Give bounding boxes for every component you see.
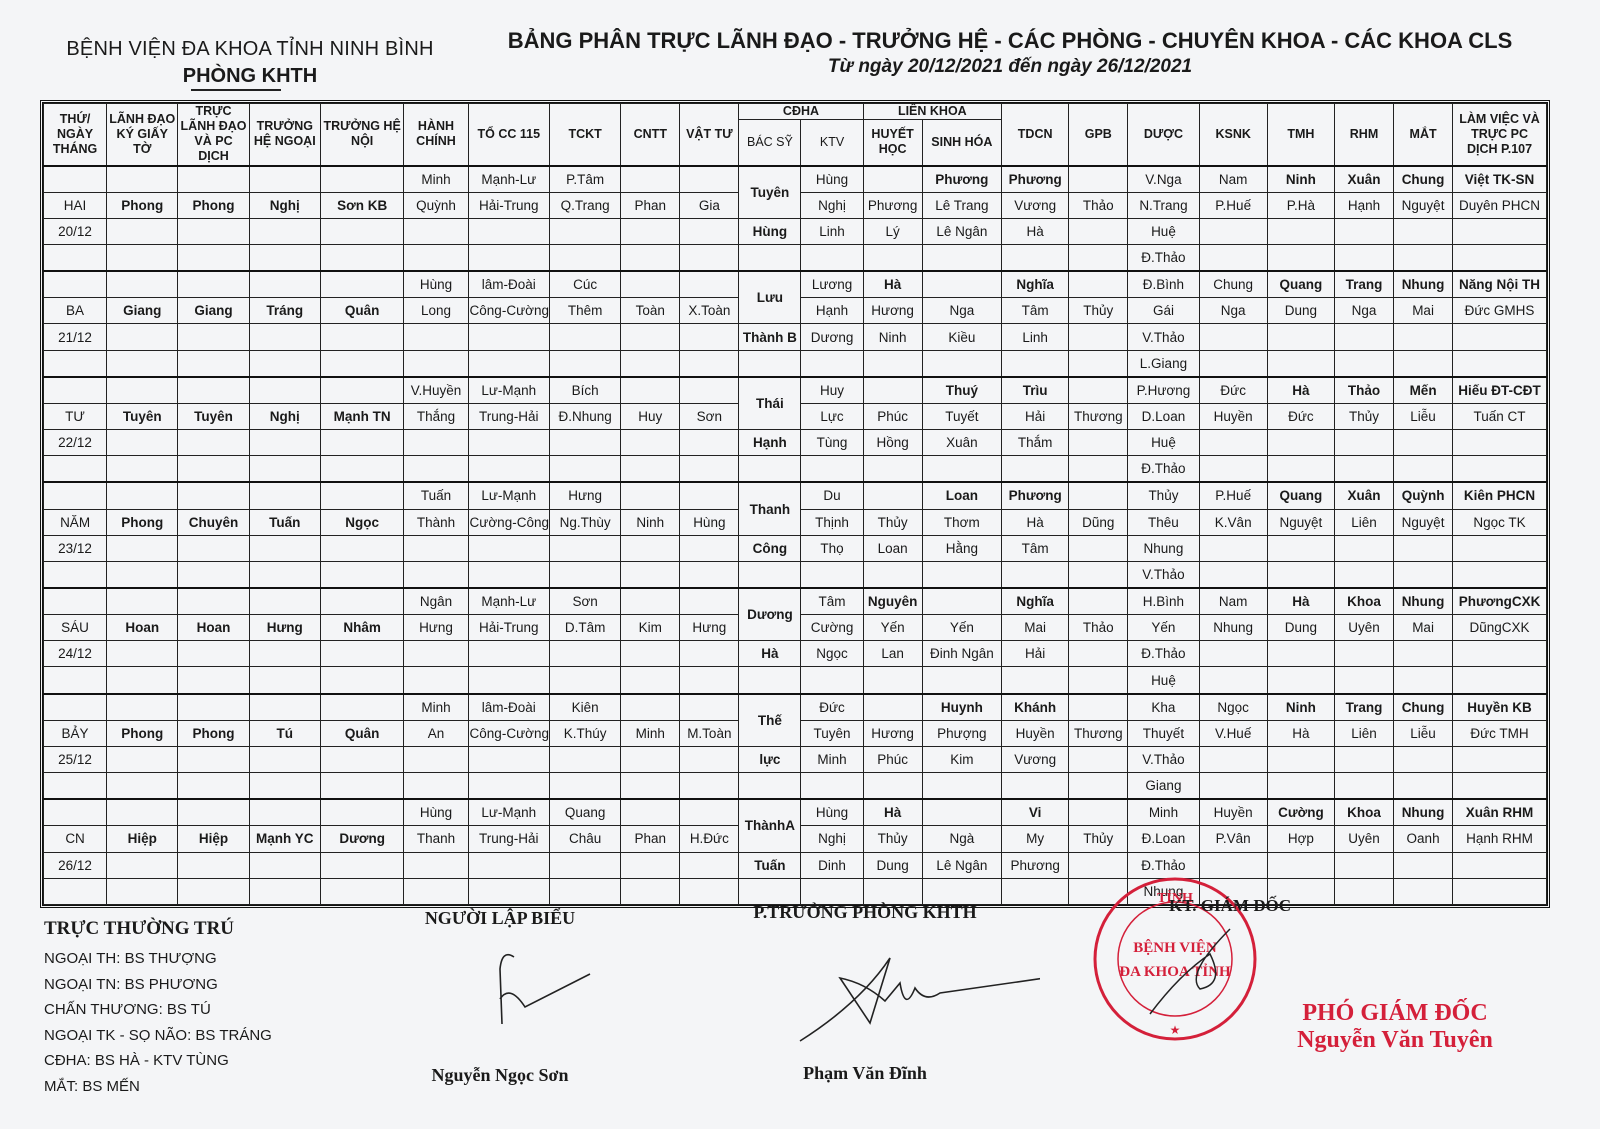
empty-cell [550, 535, 621, 561]
col-cdha: CĐHA [739, 104, 863, 120]
empty-cell [550, 667, 621, 694]
table-row: Minhlâm-ĐoàiKiênThếĐứcHuynhKhánhKhaNgọcN… [44, 694, 1547, 721]
empty-cell [107, 746, 178, 772]
empty-cell [1069, 694, 1128, 721]
admin-cell: Thắng [404, 403, 468, 429]
empty-cell [1267, 324, 1334, 350]
empty-cell [178, 588, 249, 615]
header-left: BỆNH VIỆN ĐA KHOA TỈNH NINH BÌNH PHÒNG K… [40, 38, 460, 91]
admin-cell: Minh [404, 166, 468, 193]
tmh-cell: Ninh [1267, 694, 1334, 721]
empty-cell [621, 694, 680, 721]
empty-cell [320, 350, 403, 377]
ksnk-cell: Nam [1199, 588, 1267, 615]
col-eye: MẮT [1394, 104, 1453, 166]
empty-cell [550, 244, 621, 271]
pharmacy-cell: H.Bình [1128, 588, 1199, 615]
pharmacy-cell: N.Trang [1128, 192, 1199, 218]
internal-head-cell: Quân [320, 720, 403, 746]
tdcn-cell: Linh [1002, 324, 1069, 350]
biochem-cell: Huynh [922, 694, 1001, 721]
cntt-cell: Toàn [621, 298, 680, 324]
empty-cell [249, 561, 320, 588]
empty-cell [1453, 641, 1547, 667]
empty-cell [107, 350, 178, 377]
empty-cell [680, 271, 739, 298]
admin-cell: Minh [404, 694, 468, 721]
col-gpb: GPB [1069, 104, 1128, 166]
empty-cell [468, 350, 549, 377]
pharmacy-cell: Thêu [1128, 509, 1199, 535]
tckt-cell: D.Tâm [550, 615, 621, 641]
biochem-cell [922, 271, 1001, 298]
rhm-cell: Khoa [1335, 799, 1394, 826]
header-right: BẢNG PHÂN TRỰC LÃNH ĐẠO - TRƯỞNG HỆ - CÁ… [470, 28, 1550, 78]
tdcn-cell [1002, 244, 1069, 271]
empty-cell [249, 271, 320, 298]
empty-cell [1069, 641, 1128, 667]
hematology-cell [863, 561, 922, 588]
empty-cell [178, 773, 249, 800]
pharmacy-cell: Huệ [1128, 430, 1199, 456]
rhm-cell: Uyên [1335, 826, 1394, 852]
hematology-cell: Phúc [863, 403, 922, 429]
hematology-cell [863, 350, 922, 377]
empty-cell [680, 482, 739, 509]
table-row: 21/12Thành BDươngNinhKiềuLinhV.Thảo [44, 324, 1547, 350]
empty-cell [249, 430, 320, 456]
empty-cell [1069, 588, 1128, 615]
supplies-cell: X.Toàn [680, 298, 739, 324]
empty-cell [44, 588, 107, 615]
empty-cell [1394, 773, 1453, 800]
p107-cell: Việt TK-SN [1453, 166, 1547, 193]
cdha-doctor-cell: Tuấn [739, 852, 801, 878]
admin-cell: Tuấn [404, 482, 468, 509]
empty-cell [680, 694, 739, 721]
cdha-ktv-cell: Cường [801, 615, 863, 641]
empty-cell [621, 244, 680, 271]
empty-cell [1069, 166, 1128, 193]
empty-cell [178, 535, 249, 561]
empty-cell [249, 667, 320, 694]
tmh-cell: Nguyệt [1267, 509, 1334, 535]
biochem-cell [922, 244, 1001, 271]
empty-cell [621, 271, 680, 298]
eye-cell: Chung [1394, 166, 1453, 193]
biochem-cell: Kim [922, 746, 1001, 772]
empty-cell [178, 482, 249, 509]
empty-cell [1335, 878, 1394, 904]
empty-cell [404, 852, 468, 878]
surgery-head-cell: Tráng [249, 298, 320, 324]
col-rhm: RHM [1335, 104, 1394, 166]
col-cc115: TỔ CC 115 [468, 104, 549, 166]
empty-cell [107, 482, 178, 509]
empty-cell [621, 218, 680, 244]
table-row: 25/12lựcMinhPhúcKimVươngV.Thảo [44, 746, 1547, 772]
director-label-block: KT. GIÁM ĐỐC [1150, 896, 1310, 916]
empty-cell [107, 852, 178, 878]
empty-cell [1335, 456, 1394, 483]
cntt-cell: Phan [621, 826, 680, 852]
empty-cell [550, 218, 621, 244]
surgery-head-cell: Hưng [249, 615, 320, 641]
tckt-cell: Châu [550, 826, 621, 852]
gpb-cell: Thương [1069, 403, 1128, 429]
empty-cell [739, 244, 801, 271]
cc115-cell: Mạnh-Lư [468, 588, 549, 615]
empty-cell [1069, 324, 1128, 350]
empty-cell [1394, 641, 1453, 667]
empty-cell [1069, 773, 1128, 800]
empty-cell [1267, 535, 1334, 561]
table-row: L.Giang [44, 350, 1547, 377]
cdha-doctor-cell: Thanh [739, 482, 801, 535]
ksnk-cell: Nga [1199, 298, 1267, 324]
date-cell: 22/12 [44, 430, 107, 456]
empty-cell [1335, 641, 1394, 667]
empty-cell [680, 588, 739, 615]
empty-cell [44, 244, 107, 271]
gpb-cell: Thủy [1069, 826, 1128, 852]
cdha-doctor-cell: Công [739, 535, 801, 561]
empty-cell [1267, 218, 1334, 244]
duty-leader-cell: Phong [178, 720, 249, 746]
empty-cell [249, 482, 320, 509]
empty-cell [680, 324, 739, 350]
empty-cell [1453, 561, 1547, 588]
empty-cell [249, 773, 320, 800]
empty-cell [320, 218, 403, 244]
col-cdha-ktv: KTV [801, 120, 863, 166]
cc115-cell: Hải-Trung [468, 615, 549, 641]
rhm-cell: Trang [1335, 694, 1394, 721]
pharmacy-cell: Thuyết [1128, 720, 1199, 746]
biochem-cell [922, 773, 1001, 800]
empty-cell [1267, 561, 1334, 588]
hematology-cell: Thủy [863, 509, 922, 535]
empty-cell [404, 535, 468, 561]
date-cell: 25/12 [44, 746, 107, 772]
empty-cell [107, 377, 178, 404]
empty-cell [621, 324, 680, 350]
resident-duty-line: CĐHA: BS HÀ - KTV TÙNG [44, 1048, 272, 1074]
pharmacy-cell: V.Thảo [1128, 746, 1199, 772]
empty-cell [1394, 244, 1453, 271]
empty-cell [621, 166, 680, 193]
empty-cell [1199, 456, 1267, 483]
empty-cell [1335, 667, 1394, 694]
empty-cell [1267, 746, 1334, 772]
empty-cell [178, 324, 249, 350]
deputy-head-signature-icon [740, 923, 1040, 1043]
empty-cell [1394, 667, 1453, 694]
cc115-cell: Lư-Mạnh [468, 482, 549, 509]
eye-cell: Mến [1394, 377, 1453, 404]
ksnk-cell: Huyền [1199, 403, 1267, 429]
empty-cell [621, 641, 680, 667]
empty-cell [320, 482, 403, 509]
gpb-cell: Thảo [1069, 615, 1128, 641]
col-cntt: CNTT [621, 104, 680, 166]
empty-cell [621, 667, 680, 694]
empty-cell [680, 166, 739, 193]
hematology-cell [863, 244, 922, 271]
hematology-cell [863, 166, 922, 193]
cc115-cell: Lư-Mạnh [468, 377, 549, 404]
pharmacy-cell: L.Giang [1128, 350, 1199, 377]
tdcn-cell [1002, 667, 1069, 694]
surgery-head-cell: Nghị [249, 403, 320, 429]
date-cell: 26/12 [44, 852, 107, 878]
biochem-cell: Lê Ngân [922, 218, 1001, 244]
empty-cell [468, 324, 549, 350]
eye-cell: Quỳnh [1394, 482, 1453, 509]
cntt-cell: Kim [621, 615, 680, 641]
eye-cell: Nguyệt [1394, 509, 1453, 535]
ksnk-cell: Nhung [1199, 615, 1267, 641]
cc115-cell: Lư-Mạnh [468, 799, 549, 826]
surgery-head-cell: Tú [249, 720, 320, 746]
gpb-cell: Thảo [1069, 192, 1128, 218]
empty-cell [468, 535, 549, 561]
empty-cell [249, 694, 320, 721]
col-duty-leader: TRỰC LÃNH ĐẠO VÀ PC DỊCH [178, 104, 249, 166]
empty-cell [1267, 456, 1334, 483]
biochem-cell: Lê Ngân [922, 852, 1001, 878]
rhm-cell: Trang [1335, 271, 1394, 298]
tdcn-cell: Hải [1002, 641, 1069, 667]
empty-cell [44, 271, 107, 298]
admin-cell: Ngân [404, 588, 468, 615]
roster-body: MinhMạnh-LưP.TâmTuyênHùngPhươngPhươngV.N… [44, 166, 1547, 905]
duty-leader-cell: Hiệp [178, 826, 249, 852]
empty-cell [44, 667, 107, 694]
tckt-cell: Cúc [550, 271, 621, 298]
empty-cell [1453, 244, 1547, 271]
empty-cell [1453, 667, 1547, 694]
empty-cell [1453, 852, 1547, 878]
empty-cell [178, 271, 249, 298]
resident-duty-line: NGOẠI TK - SỌ NÃO: BS TRÁNG [44, 1023, 272, 1049]
tdcn-cell: Trìu [1002, 377, 1069, 404]
empty-cell [621, 588, 680, 615]
empty-cell [107, 799, 178, 826]
tckt-cell: Ng.Thùy [550, 509, 621, 535]
eye-cell: Mai [1394, 615, 1453, 641]
empty-cell [178, 166, 249, 193]
empty-cell [178, 350, 249, 377]
empty-cell [107, 588, 178, 615]
cdha-doctor-cell: lực [739, 746, 801, 772]
empty-cell [1199, 746, 1267, 772]
cc115-cell: lâm-Đoài [468, 271, 549, 298]
tdcn-cell [1002, 773, 1069, 800]
empty-cell [44, 166, 107, 193]
cdha-doctor-cell: Hà [739, 641, 801, 667]
cdha-ktv-cell: Nghị [801, 192, 863, 218]
surgery-head-cell: Nghị [249, 192, 320, 218]
empty-cell [1069, 377, 1128, 404]
empty-cell [1069, 667, 1128, 694]
rhm-cell: Liên [1335, 509, 1394, 535]
date-range: Từ ngày 20/12/2021 đến ngày 26/12/2021 [470, 56, 1550, 78]
cc115-cell: Trung-Hải [468, 826, 549, 852]
biochem-cell: Lê Trang [922, 192, 1001, 218]
tdcn-cell: Tâm [1002, 298, 1069, 324]
cdha-ktv-cell: Thọ [801, 535, 863, 561]
table-row: 20/12HùngLinhLýLê NgânHàHuệ [44, 218, 1547, 244]
rhm-cell: Uyên [1335, 615, 1394, 641]
biochem-cell [922, 456, 1001, 483]
p107-cell: Kiên PHCN [1453, 482, 1547, 509]
empty-cell [680, 667, 739, 694]
empty-cell [249, 852, 320, 878]
empty-cell [404, 430, 468, 456]
biochem-cell: Thuý [922, 377, 1001, 404]
empty-cell [320, 588, 403, 615]
col-internal-head: TRƯỞNG HỆ NỘI [320, 104, 403, 166]
svg-text:★: ★ [1170, 1023, 1181, 1037]
empty-cell [1069, 430, 1128, 456]
empty-cell [320, 667, 403, 694]
internal-head-cell: Ngọc [320, 509, 403, 535]
empty-cell [550, 350, 621, 377]
empty-cell [1199, 561, 1267, 588]
empty-cell [550, 641, 621, 667]
empty-cell [550, 456, 621, 483]
empty-cell [739, 456, 801, 483]
empty-cell [249, 641, 320, 667]
empty-cell [1069, 799, 1128, 826]
cntt-cell: Huy [621, 403, 680, 429]
tckt-cell: Đ.Nhung [550, 403, 621, 429]
tdcn-cell: Phương [1002, 482, 1069, 509]
tmh-cell: Quang [1267, 482, 1334, 509]
empty-cell [468, 852, 549, 878]
biochem-cell: Tuyết [922, 403, 1001, 429]
cdha-ktv-cell: Linh [801, 218, 863, 244]
empty-cell [680, 641, 739, 667]
cntt-cell: Minh [621, 720, 680, 746]
hematology-cell: Lan [863, 641, 922, 667]
hospital-name: BỆNH VIỆN ĐA KHOA TỈNH NINH BÌNH [40, 38, 460, 61]
table-row: Đ.Thảo [44, 456, 1547, 483]
biochem-cell: Kiều [922, 324, 1001, 350]
empty-cell [680, 561, 739, 588]
empty-cell [1199, 667, 1267, 694]
cdha-ktv-cell [801, 456, 863, 483]
hematology-cell [863, 694, 922, 721]
tmh-cell: P.Hà [1267, 192, 1334, 218]
empty-cell [320, 799, 403, 826]
tdcn-cell: Vi [1002, 799, 1069, 826]
tdcn-cell: Hà [1002, 509, 1069, 535]
tckt-cell: Kiên [550, 694, 621, 721]
vice-director-signature-block: PHÓ GIÁM ĐỐC Nguyễn Văn Tuyên [1260, 1000, 1530, 1054]
table-row: MinhMạnh-LưP.TâmTuyênHùngPhươngPhươngV.N… [44, 166, 1547, 193]
weekday-cell: CN [44, 826, 107, 852]
tdcn-cell: Huyền [1002, 720, 1069, 746]
empty-cell [1199, 430, 1267, 456]
hematology-cell: Hà [863, 799, 922, 826]
rhm-cell: Thủy [1335, 403, 1394, 429]
empty-cell [1199, 641, 1267, 667]
preparer-name: Nguyễn Ngọc Sơn [400, 1065, 600, 1086]
eye-cell: Liễu [1394, 720, 1453, 746]
tckt-cell: Q.Trang [550, 192, 621, 218]
col-supplies: VẬT TƯ [680, 104, 739, 166]
table-row: Nhung [44, 878, 1547, 904]
tmh-cell: Quang [1267, 271, 1334, 298]
col-cdha-doctor: BÁC SỸ [739, 120, 801, 166]
hematology-cell: Dung [863, 852, 922, 878]
cntt-cell: Phan [621, 192, 680, 218]
cdha-ktv-cell: Hùng [801, 799, 863, 826]
empty-cell [468, 218, 549, 244]
col-tdcn: TDCN [1002, 104, 1069, 166]
tdcn-cell: Vương [1002, 746, 1069, 772]
tmh-cell: Hà [1267, 720, 1334, 746]
col-biochem: SINH HÓA [922, 120, 1001, 166]
sign-leader-cell: Tuyên [107, 403, 178, 429]
cc115-cell: Hải-Trung [468, 192, 549, 218]
resident-duty-list: NGOẠI TH: BS THƯỢNGNGOẠI TN: BS PHƯƠNGCH… [44, 946, 272, 1099]
empty-cell [1069, 561, 1128, 588]
empty-cell [1394, 852, 1453, 878]
sign-leader-cell: Phong [107, 720, 178, 746]
biochem-cell [922, 350, 1001, 377]
empty-cell [404, 350, 468, 377]
empty-cell [1069, 271, 1128, 298]
empty-cell [468, 244, 549, 271]
biochem-cell [922, 878, 1001, 904]
gpb-cell: Thủy [1069, 298, 1128, 324]
duty-leader-cell: Tuyên [178, 403, 249, 429]
empty-cell [178, 667, 249, 694]
date-cell: 21/12 [44, 324, 107, 350]
empty-cell [621, 799, 680, 826]
biochem-cell [922, 588, 1001, 615]
empty-cell [1069, 350, 1128, 377]
rhm-cell: Khoa [1335, 588, 1394, 615]
empty-cell [680, 878, 739, 904]
vice-director-name: Nguyễn Văn Tuyên [1260, 1027, 1530, 1054]
empty-cell [1335, 746, 1394, 772]
empty-cell [404, 641, 468, 667]
tdcn-cell [1002, 878, 1069, 904]
empty-cell [320, 456, 403, 483]
hematology-cell: Nguyên [863, 588, 922, 615]
pharmacy-cell: V.Thảo [1128, 324, 1199, 350]
tckt-cell: Hưng [550, 482, 621, 509]
tmh-cell: Hà [1267, 588, 1334, 615]
cdha-doctor-cell: Thái [739, 377, 801, 430]
ksnk-cell: Đức [1199, 377, 1267, 404]
tdcn-cell: Khánh [1002, 694, 1069, 721]
empty-cell [320, 166, 403, 193]
sign-leader-cell: Phong [107, 509, 178, 535]
empty-cell [107, 430, 178, 456]
eye-cell: Nhung [1394, 588, 1453, 615]
empty-cell [178, 218, 249, 244]
cdha-ktv-cell: Huy [801, 377, 863, 404]
empty-cell [1199, 218, 1267, 244]
eye-cell: Nhung [1394, 271, 1453, 298]
empty-cell [404, 218, 468, 244]
cdha-doctor-cell: Tuyên [739, 166, 801, 219]
